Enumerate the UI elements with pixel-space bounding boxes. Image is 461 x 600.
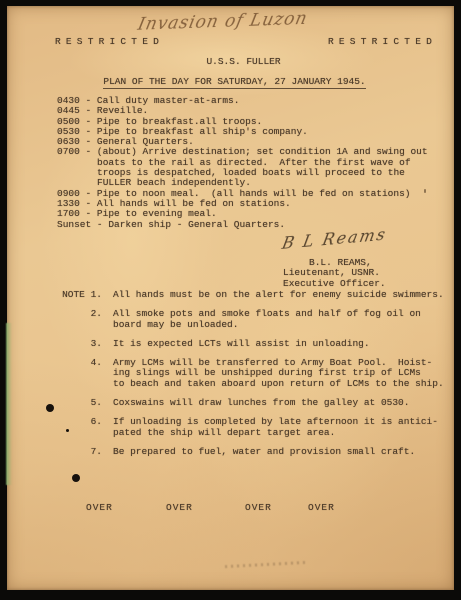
schedule-entry: (about) Arrive destination; set conditio… [97,146,428,188]
signature-handwritten: B L Reams [281,227,413,249]
notes-list: NOTE 1. All hands must be on the alert f… [55,290,457,466]
note-number: 5. [55,398,102,408]
handwritten-annotation: Invasion of Luzon [136,7,350,34]
ink-dot [72,474,80,482]
note-text: Army LCMs will be transferred to Army Bo… [113,358,457,389]
ink-dot [66,429,69,432]
over-label: OVER [245,503,272,513]
document-title-text: PLAN OF THE DAY FOR SATURDAY, 27 JANUARY… [103,76,365,89]
schedule-separator: - [91,219,108,230]
schedule-time: Sunset [57,219,91,230]
document-title: PLAN OF THE DAY FOR SATURDAY, 27 JANUARY… [4,77,461,87]
classification-stamp-left: RESTRICTED [55,37,164,47]
note-row: 2. All smoke pots and smoke floats and h… [55,309,457,330]
note-row: 5. Coxswains will draw lunches from the … [55,398,457,408]
over-label: OVER [166,503,193,513]
note-number: 2. [55,309,102,330]
note-text: Be prepared to fuel, water and provision… [113,447,457,457]
paper-speck [424,189,426,193]
schedule-time: 0700 [57,146,80,157]
note-number: 4. [55,358,102,389]
note-text: Coxswains will draw lunches from the gal… [113,398,457,408]
note-text: All hands must be on the alert for enemy… [113,290,457,300]
signature-role: Executive Officer. [283,279,386,289]
signature-block: B.L. REAMS, Lieutenant, USNR. Executive … [283,258,386,289]
over-label: OVER [308,503,335,513]
document-content: Invasion of Luzon RESTRICTED RESTRICTED … [0,0,461,600]
note-text: It is expected LCTs will assist in unloa… [113,339,457,349]
schedule-list: 0430 - Call duty master-at-arms. 0445 - … [57,96,453,230]
note-text: If unloading is completed by late aftern… [113,417,457,438]
note-row: 3. It is expected LCTs will assist in un… [55,339,457,349]
pencil-smudge [225,561,307,568]
note-text: All smoke pots and smoke floats and half… [113,309,457,330]
note-row: 4. Army LCMs will be transferred to Army… [55,358,457,389]
classification-stamp-right: RESTRICTED [328,37,437,47]
schedule-entry: Darken ship - General Quarters. [108,219,285,230]
schedule-row: 0700 - (about) Arrive destination; set c… [57,147,453,188]
note-row: NOTE 1. All hands must be on the alert f… [55,290,457,300]
note-number: 3. [55,339,102,349]
over-label: OVER [86,503,113,513]
note-number: NOTE 1. [55,290,102,300]
ink-dot [46,404,54,412]
schedule-separator: - [80,146,97,157]
ship-name: U.S.S. FULLER [13,57,461,67]
note-number: 6. [55,417,102,438]
footer-over-row: OVER OVER OVER OVER [0,503,461,515]
note-row: 7. Be prepared to fuel, water and provis… [55,447,457,457]
note-number: 7. [55,447,102,457]
note-row: 6. If unloading is completed by late aft… [55,417,457,438]
